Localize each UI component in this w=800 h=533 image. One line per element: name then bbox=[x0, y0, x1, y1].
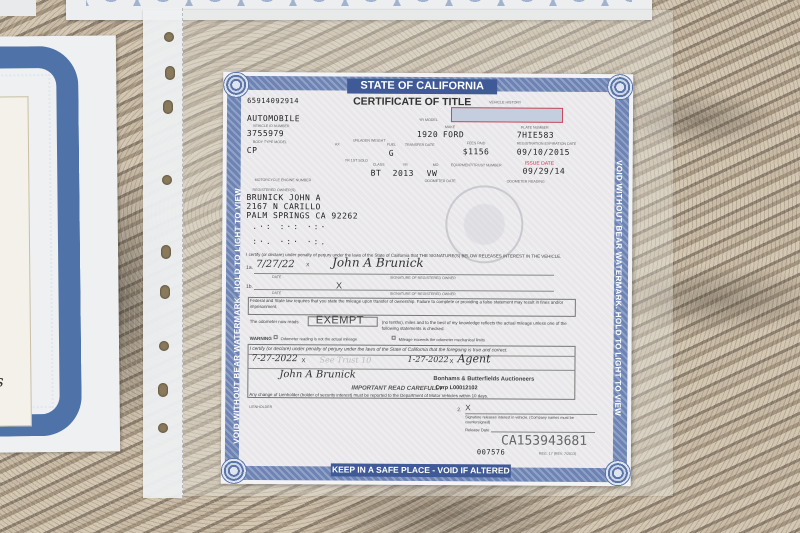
body-type-value: CP bbox=[247, 146, 258, 155]
issue-date-value: 09/29/14 bbox=[523, 167, 566, 176]
punch-hole bbox=[165, 66, 175, 80]
punch-hole bbox=[161, 245, 171, 259]
mileage-notice: Federal and State law requires that you … bbox=[250, 298, 574, 311]
important-heading: IMPORTANT READ CAREFULLY bbox=[351, 386, 442, 393]
seller-date: 1-27-2022 bbox=[407, 355, 448, 364]
class-value: BT bbox=[371, 169, 382, 178]
printed-name: John A Brunick bbox=[279, 369, 355, 380]
punch-hole bbox=[160, 285, 170, 299]
certificate-of-title: VOID WITHOUT BEAR WATERMARK. HOLD TO LIG… bbox=[221, 72, 634, 486]
partial-certificate-left: s bbox=[0, 35, 120, 452]
vehicle-type: AUTOMOBILE bbox=[247, 114, 300, 123]
owner-line: BRUNICK JOHN A bbox=[246, 193, 320, 202]
punched-dots: .·: :·: ·:· bbox=[252, 222, 327, 231]
odometer-value: EXEMPT bbox=[316, 314, 364, 326]
yr-value: 2013 bbox=[393, 169, 414, 178]
control-number: CA153943681 bbox=[501, 433, 587, 449]
vehicle-history-box bbox=[451, 107, 563, 123]
vin-value: 3755979 bbox=[247, 129, 284, 138]
sheet-protector-binding-strip bbox=[143, 8, 183, 498]
warning-checkbox-2 bbox=[392, 336, 396, 340]
fees-paid-value: $1156 bbox=[463, 147, 490, 156]
watermark-notice-right: VOID WITHOUT BEAR WATERMARK. HOLD TO LIG… bbox=[613, 160, 624, 416]
agent-signature: Agent bbox=[457, 352, 490, 365]
company-name: Bonhams & Butterfields Auctioneers bbox=[433, 376, 534, 383]
warning-checkbox-1 bbox=[274, 335, 278, 339]
mo-value: VW bbox=[427, 169, 438, 178]
plate-value: 7HIE583 bbox=[517, 131, 554, 140]
title-content: CERTIFICATE OF TITLE 65914092914 VEHICLE… bbox=[239, 92, 615, 462]
punch-hole bbox=[162, 175, 172, 185]
make-value: FORD bbox=[443, 130, 464, 139]
owner-line: PALM SPRINGS CA 92262 bbox=[246, 211, 358, 221]
document-number: 65914092914 bbox=[247, 97, 299, 105]
punch-hole bbox=[158, 383, 168, 397]
form-number: 007576 bbox=[477, 448, 505, 456]
form-revision: REG. 17 (REV. 7/2013) bbox=[539, 452, 576, 456]
punched-dots: :·. ·:· ·:. bbox=[252, 237, 327, 246]
corner-rosette bbox=[605, 460, 631, 486]
owner-signature: John A Brunick bbox=[332, 255, 424, 270]
state-seal bbox=[445, 185, 523, 263]
owner-release-date: 7/27/22 bbox=[256, 259, 295, 270]
partial-document-top-left bbox=[0, 0, 36, 16]
punch-hole bbox=[159, 341, 169, 351]
punch-hole bbox=[164, 32, 174, 42]
punch-hole bbox=[163, 100, 173, 114]
partial-signature: s bbox=[0, 372, 4, 391]
expiration-value: 09/10/2015 bbox=[517, 148, 570, 157]
lienholder-notice: Any change of Lienholder (holder of secu… bbox=[249, 392, 569, 399]
corner-rosette bbox=[221, 458, 247, 484]
footer-banner: KEEP IN A SAFE PLACE - VOID IF ALTERED bbox=[331, 463, 511, 477]
owner-line: 2167 N CARILLO bbox=[246, 202, 320, 211]
corp-number: Corp L00012102 bbox=[435, 385, 477, 391]
punch-hole bbox=[158, 423, 168, 433]
year-model-value: 1920 bbox=[417, 130, 438, 139]
fuel-value: G bbox=[389, 149, 394, 158]
warning-label: WARNING bbox=[250, 336, 272, 341]
buyer-date: 7-27-2022 bbox=[251, 354, 297, 364]
